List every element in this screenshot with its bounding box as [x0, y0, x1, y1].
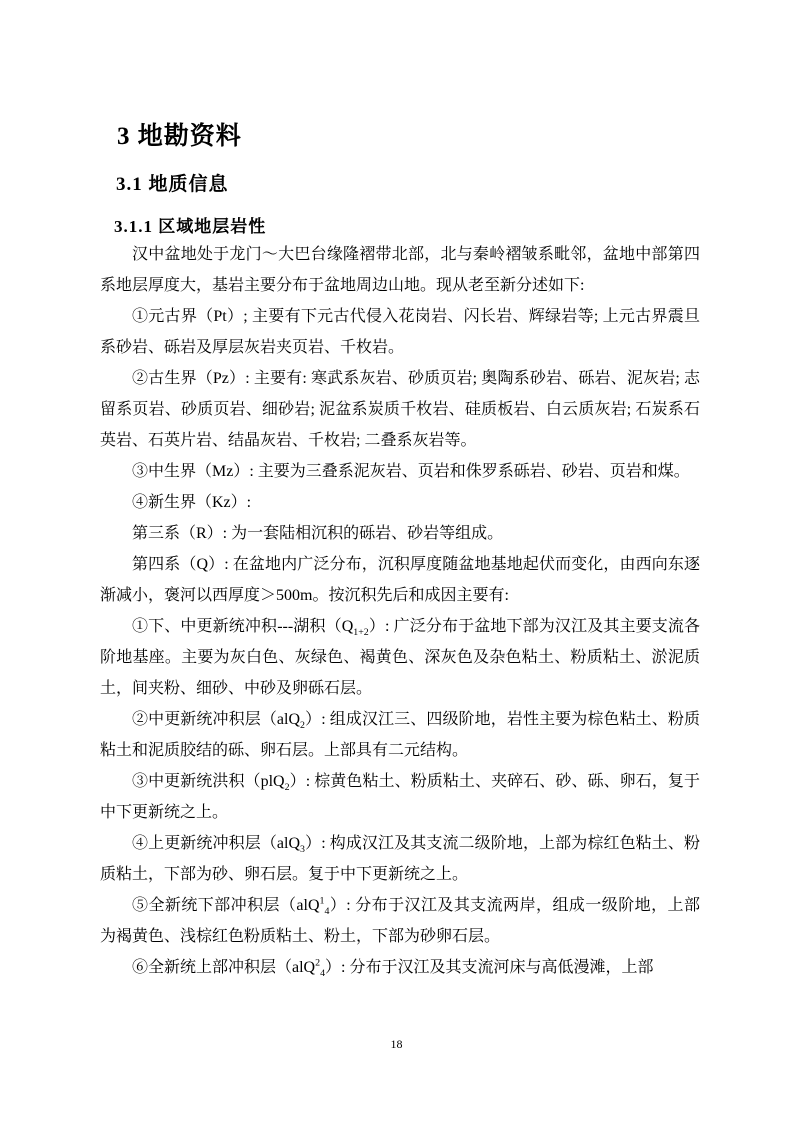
- body-paragraph: ⑤全新统下部冲积层（alQ14）: 分布于汉江及其支流两岸，组成一级阶地，上部为…: [100, 890, 700, 952]
- section-heading: 3.1 地质信息: [116, 173, 700, 196]
- body-paragraph: 第三系（R）: 为一套陆相沉积的砾岩、砂岩等组成。: [100, 518, 700, 549]
- body-paragraph: 汉中盆地处于龙门～大巴台缘隆褶带北部，北与秦岭褶皱系毗邻，盆地中部第四系地层厚度…: [100, 239, 700, 301]
- body-paragraph: ①元古界（Pt）; 主要有下元古代侵入花岗岩、闪长岩、辉绿岩等; 上元古界震旦系…: [100, 301, 700, 363]
- body-paragraph: ②古生界（Pz）: 主要有: 寒武系灰岩、砂质页岩; 奥陶系砂岩、砾岩、泥灰岩;…: [100, 363, 700, 456]
- body-paragraph: ②中更新统冲积层（alQ2）: 组成汉江三、四级阶地，岩性主要为棕色粘土、粉质粘…: [100, 704, 700, 766]
- body-paragraph: ③中生界（Mz）: 主要为三叠系泥灰岩、页岩和侏罗系砾岩、砂岩、页岩和煤。: [100, 456, 700, 487]
- body-paragraph: ⑥全新统上部冲积层（alQ24）: 分布于汉江及其支流河床与高低漫滩，上部: [100, 952, 700, 983]
- document-page: 3 地勘资料 3.1 地质信息 3.1.1 区域地层岩性 汉中盆地处于龙门～大巴…: [0, 0, 793, 1122]
- subsection-heading: 3.1.1 区域地层岩性: [114, 216, 700, 237]
- body-paragraph: ③中更新统洪积（plQ2）: 棕黄色粘土、粉质粘土、夹碎石、砂、砾、卵石，复于中…: [100, 766, 700, 828]
- page-number: 18: [0, 1037, 793, 1052]
- body-paragraph: ④新生界（Kz）:: [100, 487, 700, 518]
- document-content: 3 地勘资料 3.1 地质信息 3.1.1 区域地层岩性 汉中盆地处于龙门～大巴…: [0, 122, 793, 983]
- body-paragraph: 第四系（Q）: 在盆地内广泛分布，沉积厚度随盆地基地起伏而变化，由西向东逐渐减小…: [100, 549, 700, 611]
- body-paragraph: ④上更新统冲积层（alQ3）: 构成汉江及其支流二级阶地，上部为棕红色粘土、粉质…: [100, 828, 700, 890]
- body-paragraph: ①下、中更新统冲积---湖积（Q1+2）: 广泛分布于盆地下部为汉江及其主要支流…: [100, 611, 700, 704]
- document-body: 汉中盆地处于龙门～大巴台缘隆褶带北部，北与秦岭褶皱系毗邻，盆地中部第四系地层厚度…: [100, 239, 700, 983]
- chapter-heading: 3 地勘资料: [117, 122, 700, 151]
